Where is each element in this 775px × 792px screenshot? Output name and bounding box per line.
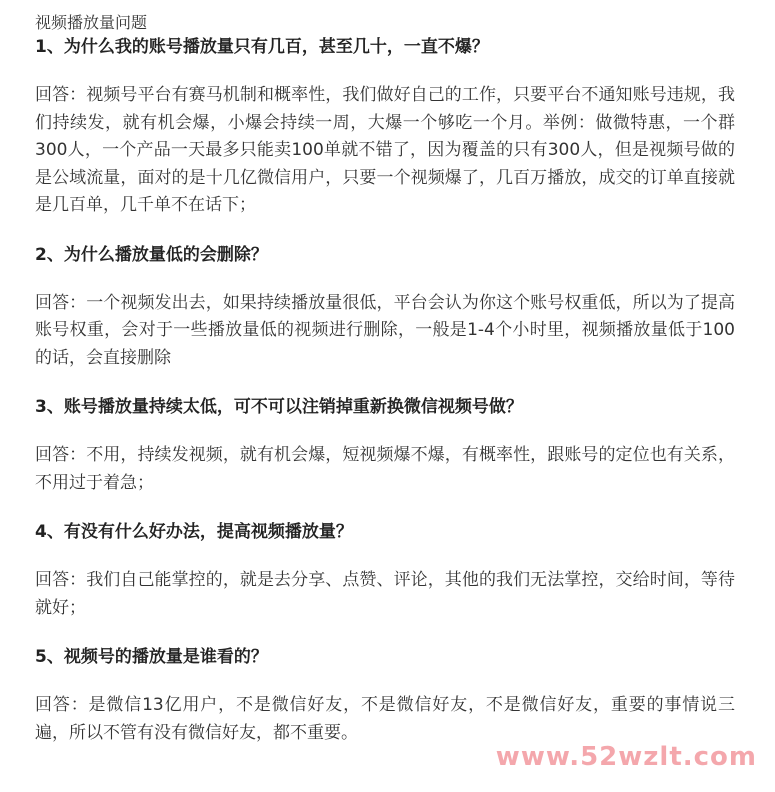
question-2: 2、为什么播放量低的会删除？ (35, 242, 735, 268)
document: 视频播放量问题 1、为什么我的账号播放量只有几百，甚至几十，一直不爆？ 回答：视… (35, 12, 735, 747)
question-1: 1、为什么我的账号播放量只有几百，甚至几十，一直不爆？ (35, 34, 735, 60)
answer-2: 回答：一个视频发出去，如果持续播放量很低，平台会认为你这个账号权重低，所以为了提… (35, 290, 735, 373)
answer-1: 回答：视频号平台有赛马机制和概率性，我们做好自己的工作，只要平台不通知账号违规，… (35, 82, 735, 220)
qa-item-3: 3、账号播放量持续太低，可不可以注销掉重新换微信视频号做？ 回答：不用，持续发视… (35, 394, 735, 497)
question-5: 5、视频号的播放量是谁看的？ (35, 644, 735, 670)
qa-item-4: 4、有没有什么好办法，提高视频播放量？ 回答：我们自己能掌控的，就是去分享、点赞… (35, 519, 735, 622)
qa-item-5: 5、视频号的播放量是谁看的？ 回答：是微信13亿用户，不是微信好友，不是微信好友… (35, 644, 735, 747)
answer-5: 回答：是微信13亿用户，不是微信好友，不是微信好友，不是微信好友，重要的事情说三… (35, 692, 735, 747)
site-watermark: www.52wzlt.com (496, 742, 757, 772)
answer-3: 回答：不用，持续发视频，就有机会爆，短视频爆不爆，有概率性，跟账号的定位也有关系… (35, 442, 735, 497)
document-title: 视频播放量问题 (35, 12, 735, 34)
answer-4: 回答：我们自己能掌控的，就是去分享、点赞、评论，其他的我们无法掌控，交给时间，等… (35, 567, 735, 622)
question-4: 4、有没有什么好办法，提高视频播放量？ (35, 519, 735, 545)
question-3: 3、账号播放量持续太低，可不可以注销掉重新换微信视频号做？ (35, 394, 735, 420)
qa-item-1: 1、为什么我的账号播放量只有几百，甚至几十，一直不爆？ 回答：视频号平台有赛马机… (35, 34, 735, 220)
qa-item-2: 2、为什么播放量低的会删除？ 回答：一个视频发出去，如果持续播放量很低，平台会认… (35, 242, 735, 373)
